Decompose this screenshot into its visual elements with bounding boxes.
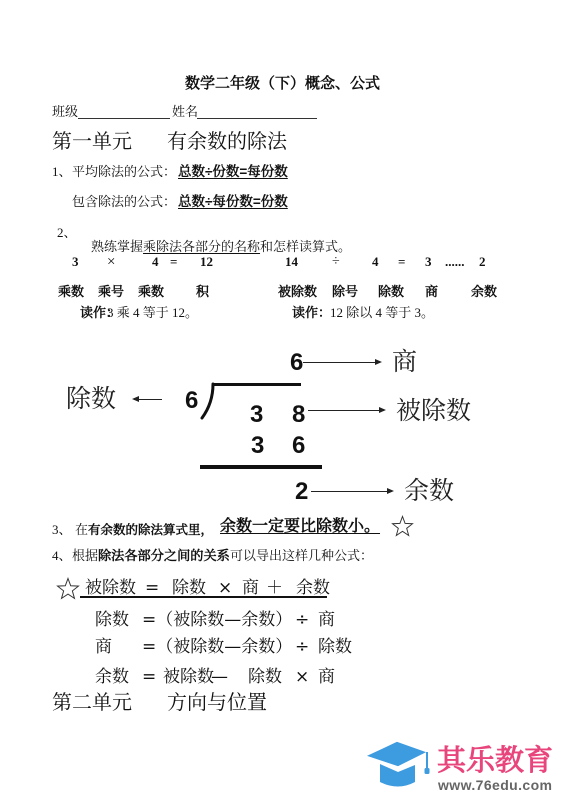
formula-token: × [218,579,232,597]
formula-token: 除数 [95,611,129,629]
document-page: 数学二年级（下）概念、公式 班级 姓名 第一单元 有余数的除法 1、 平均除法的… [0,0,565,800]
arrow-right-icon [303,362,380,363]
point4-bold: 除法各部分之间的关系 [98,549,230,563]
unit1-title: 有余数的除法 [167,131,287,153]
point1-formula: 总数÷份数=每份数 [178,165,288,179]
formula-token: = [142,668,156,686]
point3-prefix: 在 [75,523,88,537]
point2-highlight: 乘除法各部分的名称 [143,239,260,254]
point4-prefix: 根据 [72,549,98,563]
mult-name-factor2: 乘数 [138,285,164,299]
point1b-label: 包含除法的公式： [72,195,176,209]
point3-index: 3、 [52,523,72,537]
formula-token: 余数 [296,579,330,597]
div-name-divisor: 除数 [378,285,404,299]
formula-token: — [211,668,228,686]
mult-term-sign: × [107,255,115,269]
arrow-right-icon [311,491,392,492]
unit2-number: 第二单元 [52,692,132,714]
ld-quotient: 6 [290,351,303,375]
class-label: 班级 [52,105,78,119]
ld-vinculum [213,383,301,386]
mult-reading: 3 乘 4 等于 12。 [107,306,198,320]
mult-name-sign: 乘号 [98,285,124,299]
formula-token: 除数 [318,638,352,656]
mult-term-factor1: 3 [72,255,79,269]
division-bracket-icon [198,382,218,422]
graduation-cap-icon [365,740,433,790]
div-reading: 12 除以 4 等于 3。 [330,306,434,320]
point1-index: 1、 [52,165,72,179]
point2-prefix: 熟练掌握 [91,239,143,254]
ld-label-quotient: 商 [392,349,417,375]
point1-label: 平均除法的公式： [72,165,176,179]
star-outline-icon [391,515,414,538]
page-title: 数学二年级（下）概念、公式 [0,76,565,92]
div-term-ellipsis: ...... [445,255,465,269]
formula-underline [80,596,327,598]
point2-index: 2、 [57,226,77,240]
formula-token: 被除数 [85,579,136,597]
point4-index: 4、 [52,549,72,563]
div-reading-label: 读作： [292,306,331,320]
div-term-quotient: 3 [425,255,432,269]
div-term-divisor: 4 [372,255,379,269]
formula-token: ÷ [295,611,309,629]
mult-name-product: 积 [196,285,209,299]
formula-token: 商 [318,668,335,686]
mult-term-factor2: 4 [152,255,159,269]
formula-token: × [295,668,309,686]
watermark-url: www.76edu.com [438,778,552,793]
ld-product-digit: 6 [292,434,305,458]
name-label: 姓名 [172,105,198,119]
point1b-formula: 总数÷每份数=份数 [178,195,288,209]
div-name-remainder: 余数 [471,285,497,299]
div-term-sign: ÷ [332,255,340,269]
point3-bold: 有余数的除法算式里， [88,523,213,537]
formula-token: 商 [318,611,335,629]
ld-product-digit: 3 [251,434,264,458]
ld-label-dividend: 被除数 [396,398,471,424]
formula-token: ÷ [295,638,309,656]
mult-name-factor1: 乘数 [58,285,84,299]
ld-subtraction-line [200,465,322,469]
ld-dividend-digit: 8 [292,403,305,427]
formula-token: 商 [242,579,259,597]
ld-divisor: 6 [185,389,198,413]
ld-label-divisor: 除数 [66,386,116,412]
div-name-dividend: 被除数 [278,285,317,299]
formula-token: 商 [95,638,112,656]
point2-suffix: 和怎样读算式。 [260,239,351,254]
watermark-brand: 其乐教育 [437,746,553,776]
formula-token: ＋ [266,579,283,597]
unit2-title: 方向与位置 [167,692,267,714]
point4-suffix: 可以导出这样几种公式： [230,549,373,563]
formula-token: =（被除数—余数） [142,638,292,656]
arrow-left-icon [134,399,162,400]
div-name-quotient: 商 [425,285,438,299]
ld-dividend-digit: 3 [250,403,263,427]
arrow-right-icon [308,410,384,411]
ld-label-remainder: 余数 [404,478,454,504]
name-blank-field [197,118,317,119]
div-term-dividend: 14 [285,255,298,269]
formula-token: 除数 [172,579,206,597]
unit1-number: 第一单元 [52,131,132,153]
formula-token: = [145,579,159,597]
div-term-equals: = [398,255,405,269]
div-name-sign: 除号 [332,285,358,299]
ld-remainder: 2 [295,480,308,504]
star-outline-icon [56,577,80,601]
mult-term-equals: = [170,255,177,269]
point2-text: 熟练掌握乘除法各部分的名称和怎样读算式。 [78,226,351,268]
div-term-remainder: 2 [479,255,486,269]
formula-token: 余数 [95,668,129,686]
mult-term-product: 12 [200,255,213,269]
formula-token: 除数 [248,668,282,686]
class-blank-field [78,118,170,119]
point3-emphasis: 余数一定要比除数小。 [220,518,380,536]
formula-token: =（被除数—余数） [142,611,292,629]
formula-token: 被除数 [163,668,214,686]
